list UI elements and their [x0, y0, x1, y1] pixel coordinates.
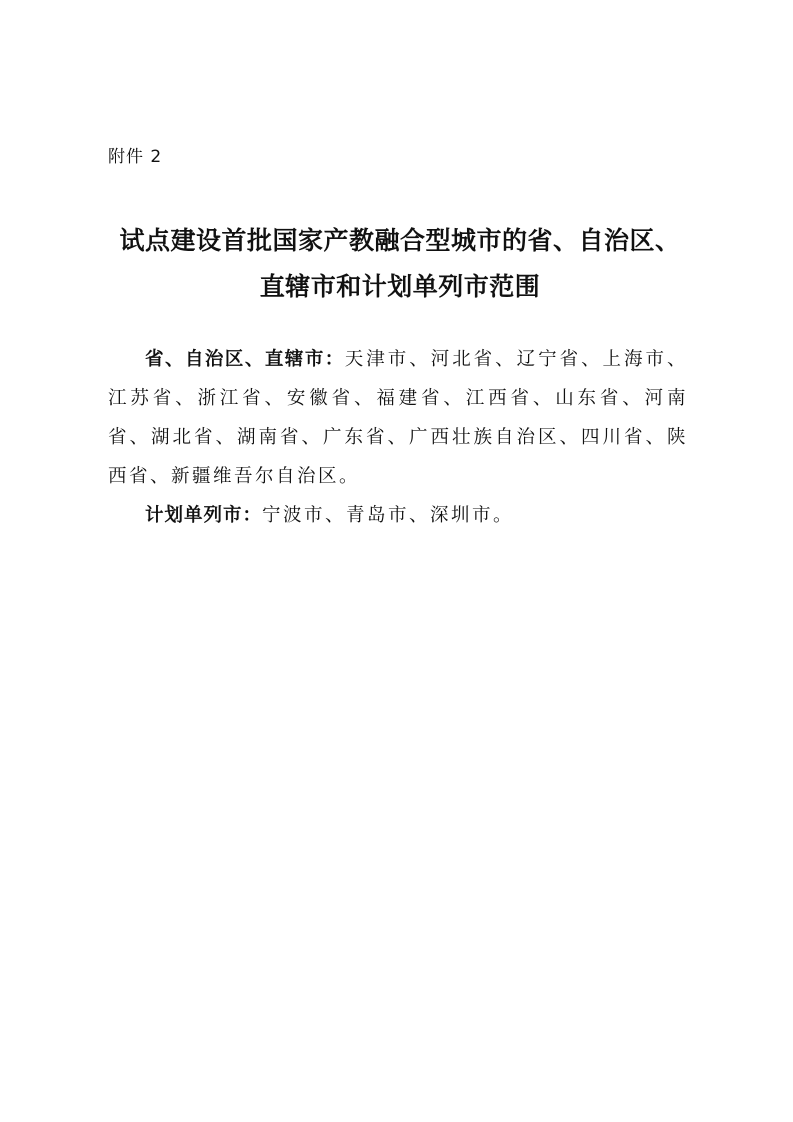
paragraph-lead: 计划单列市：: [145, 505, 262, 526]
paragraph-cities: 计划单列市：宁波市、青岛市、深圳市。: [108, 496, 688, 535]
paragraph-text: 宁波市、青岛市、深圳市。: [262, 505, 514, 526]
paragraph-lead: 省、自治区、直辖市：: [145, 349, 345, 370]
title-line-1: 试点建设首批国家产教融合型城市的省、自治区、: [100, 218, 700, 264]
document-body: 省、自治区、直辖市：天津市、河北省、辽宁省、上海市、江苏省、浙江省、安徽省、福建…: [108, 340, 688, 535]
title-line-2: 直辖市和计划单列市范围: [100, 264, 700, 310]
paragraph-provinces: 省、自治区、直辖市：天津市、河北省、辽宁省、上海市、江苏省、浙江省、安徽省、福建…: [108, 340, 688, 496]
document-title: 试点建设首批国家产教融合型城市的省、自治区、 直辖市和计划单列市范围: [100, 218, 700, 310]
attachment-label: 附件 2: [108, 146, 162, 168]
